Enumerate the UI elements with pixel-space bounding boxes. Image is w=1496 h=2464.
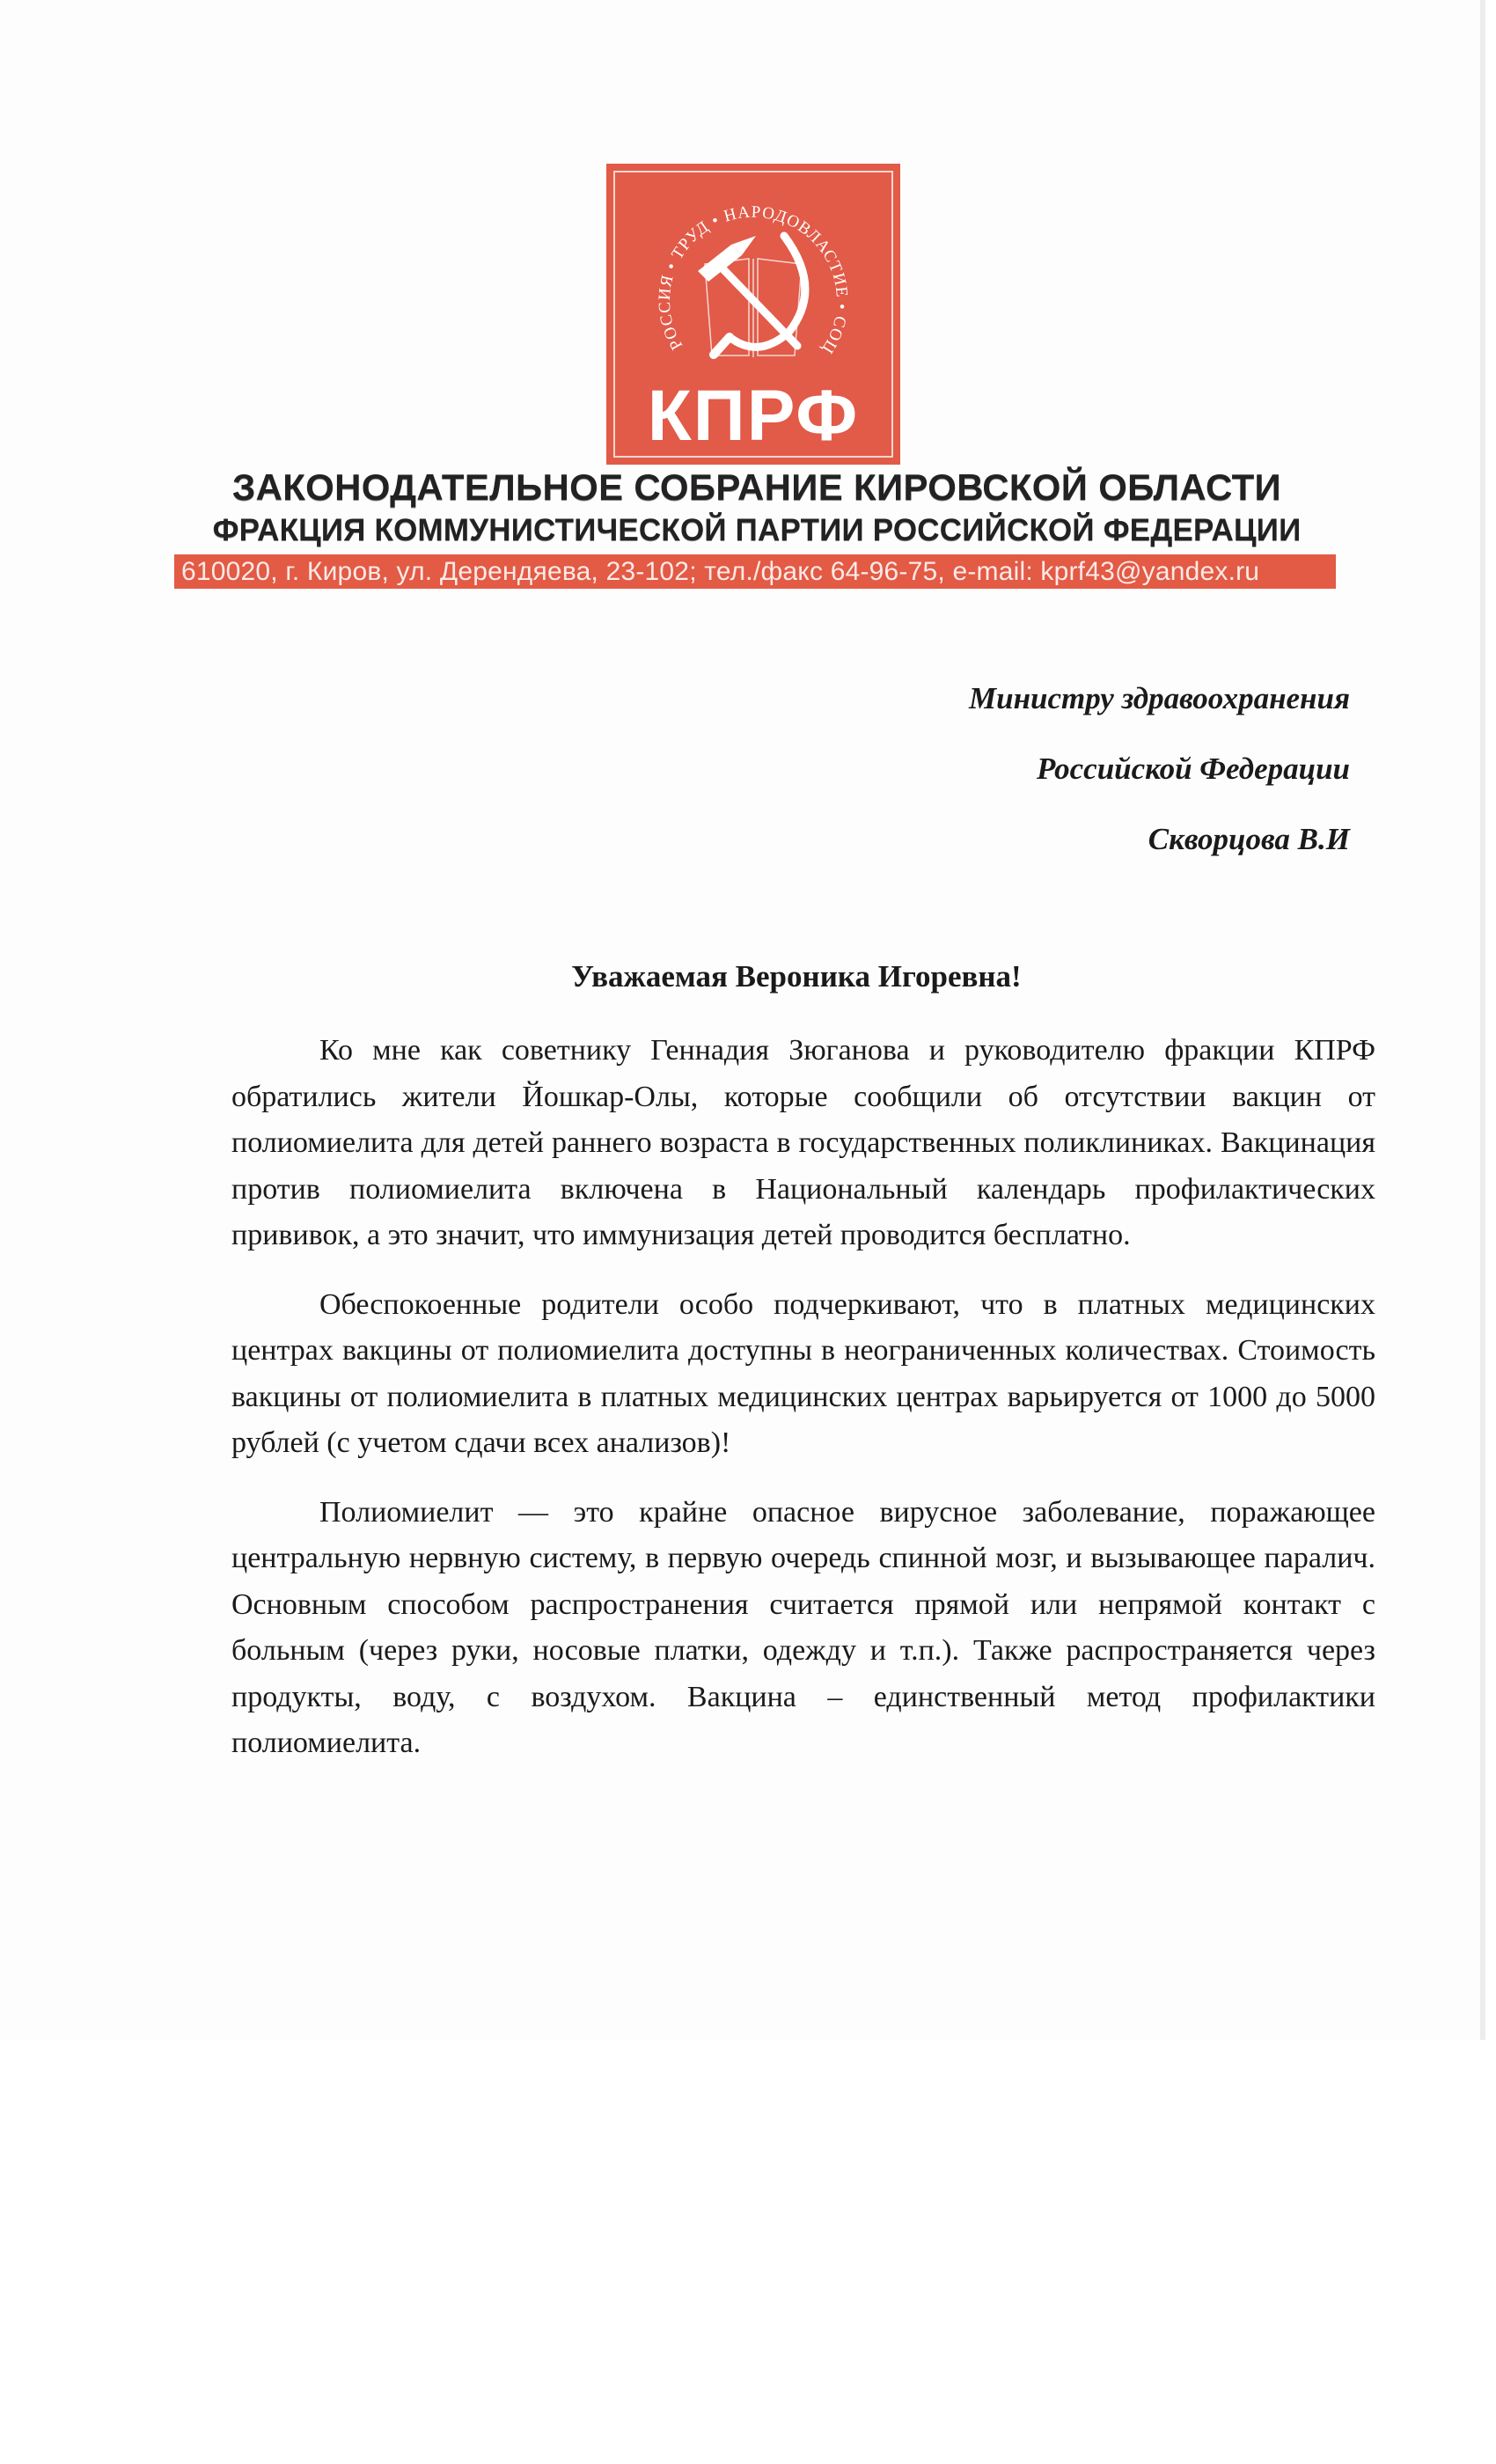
contact-bar: 610020, г. Киров, ул. Дерендяева, 23-102…	[174, 554, 1336, 589]
body-paragraph: Полиомиелит — это крайне опасное вирусно…	[231, 1490, 1375, 1767]
svg-text:РОССИЯ • ТРУД • НАРОДОВЛАСТИЕ: РОССИЯ • ТРУД • НАРОДОВЛАСТИЕ • СОЦИАЛИЗ…	[643, 183, 851, 357]
salutation: Уважаемая Вероника Игоревна!	[0, 959, 1496, 994]
addressee-line: Российской Федерации	[969, 748, 1350, 818]
letter-body: Ко мне как советнику Геннадия Зюганова и…	[231, 1028, 1375, 1790]
addressee-line: Министру здравоохранения	[969, 678, 1350, 748]
logo-text: КПРФ	[606, 375, 900, 458]
body-paragraph: Ко мне как советнику Геннадия Зюганова и…	[231, 1028, 1375, 1259]
addressee-block: Министру здравоохранения Российской Феде…	[969, 678, 1350, 889]
body-paragraph: Обеспокоенные родители особо подчеркиваю…	[231, 1282, 1375, 1467]
addressee-line: Скворцова В.И	[969, 818, 1350, 889]
scanned-page: РОССИЯ • ТРУД • НАРОДОВЛАСТИЕ • СОЦИАЛИЗ…	[0, 0, 1485, 2040]
hammer-sickle-book-icon: РОССИЯ • ТРУД • НАРОДОВЛАСТИЕ • СОЦИАЛИЗ…	[643, 183, 863, 385]
faction-title: ФРАКЦИЯ КОММУНИСТИЧЕСКОЙ ПАРТИИ РОССИЙСК…	[211, 513, 1302, 548]
kprf-logo: РОССИЯ • ТРУД • НАРОДОВЛАСТИЕ • СОЦИАЛИЗ…	[606, 164, 900, 465]
organization-title: ЗАКОНОДАТЕЛЬНОЕ СОБРАНИЕ КИРОВСКОЙ ОБЛАС…	[211, 466, 1302, 509]
